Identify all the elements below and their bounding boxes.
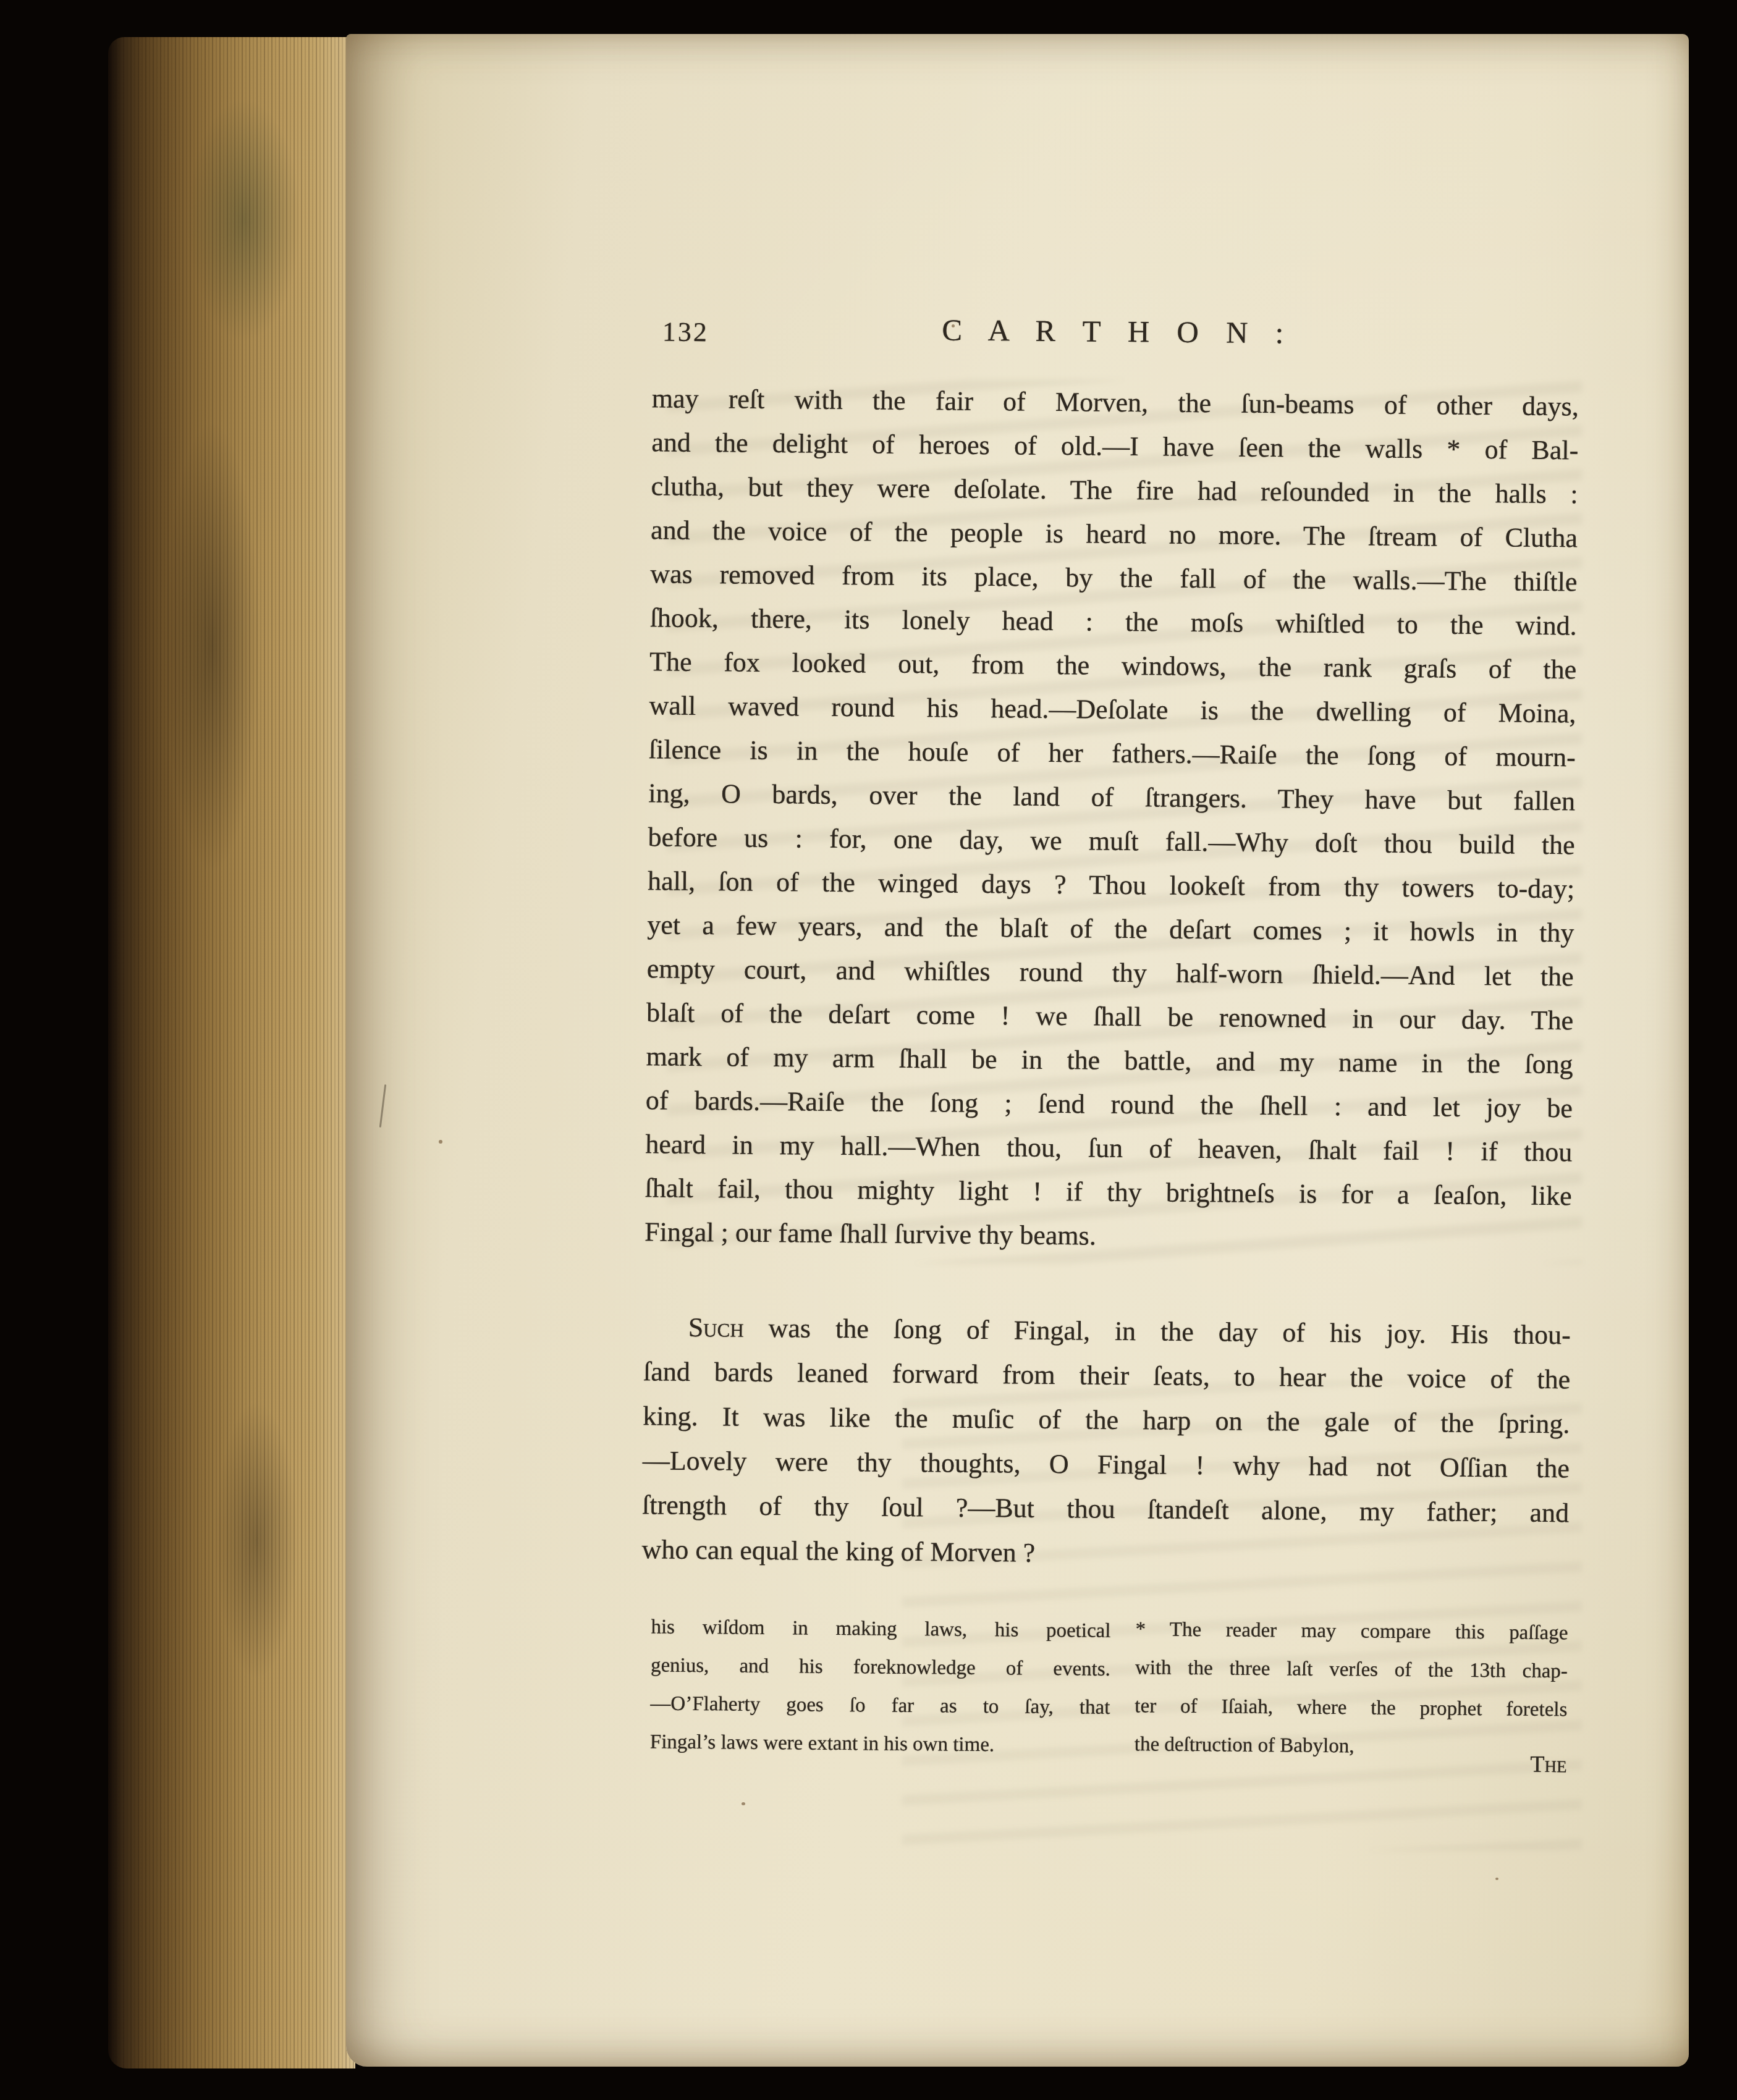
paragraph-line: ſhalt fail, thou mighty light ! if thy b…	[645, 1166, 1572, 1218]
book-page: 132 C A R T H O N : may reſt with the fa…	[346, 34, 1689, 2067]
paragraph-line: Such was the ſong of Fingal, in the day …	[643, 1305, 1571, 1357]
footnote-right-column: * The reader may compare this paſſagewit…	[1135, 1610, 1568, 1767]
printed-text-block: 132 C A R T H O N : may reſt with the fa…	[328, 34, 1689, 2078]
paragraph-line: and the delight of heroes of old.—I have…	[651, 420, 1579, 472]
footnote-line: with the three laſt verſes of the 13th c…	[1135, 1648, 1568, 1690]
paragraph-line: The fox looked out, from the windows, th…	[649, 639, 1577, 691]
footnote-line: genius, and his foreknowledge of events.	[651, 1646, 1111, 1688]
paragraph-line: empty court, and whiſtles round thy half…	[647, 947, 1574, 998]
body-paragraph-1: may reſt with the fair of Morven, the ſu…	[645, 376, 1579, 1262]
paragraph-line: ſilence is in the houſe of her fathers.—…	[649, 727, 1576, 779]
paragraph-line: ing, O bards, over the land of ſtrangers…	[648, 771, 1576, 823]
paragraph-2-remaining-lines: ſand bards leaned forward from their ſea…	[641, 1349, 1570, 1580]
paragraph-line: ſand bards leaned forward from their ſea…	[643, 1349, 1571, 1402]
paragraph-line: clutha, but they were deſolate. The fire…	[651, 464, 1578, 516]
paragraph-line: may reſt with the fair of Morven, the ſu…	[652, 376, 1579, 428]
footnote-line: ter of Iſaiah, where the prophet foretel…	[1135, 1687, 1568, 1729]
first-line-text: was the ſong of Fingal, in the day of hi…	[743, 1313, 1570, 1351]
body-paragraph-2: Such was the ſong of Fingal, in the day …	[641, 1305, 1571, 1580]
footnote-line: his wiſdom in making laws, his poetical	[651, 1608, 1111, 1650]
paragraph-line: mark of my arm ſhall be in the battle, a…	[646, 1034, 1573, 1086]
paragraph-line: who can equal the king of Morven ?	[641, 1527, 1569, 1580]
paragraph-line: and the voice of the people is heard no …	[651, 508, 1578, 560]
paragraph-line: —Lovely were thy thoughts, O Fingal ! wh…	[643, 1438, 1570, 1491]
footnote-left-column: his wiſdom in making laws, his poeticalg…	[650, 1608, 1111, 1765]
paragraph-line: ſhook, there, its lonely head : the moſs…	[649, 596, 1577, 647]
small-caps-lead-word: Such	[688, 1312, 744, 1343]
paragraph-line: hall, ſon of the winged days ? Thou look…	[648, 859, 1575, 911]
paragraph-line: Fingal ; our fame ſhall ſurvive thy beam…	[645, 1210, 1572, 1262]
paragraph-line: wall waved round his head.—Deſolate is t…	[649, 683, 1576, 735]
paragraph-line: ſtrength of thy ſoul ?—But thou ſtandeſt…	[642, 1483, 1570, 1535]
book-scan: 132 C A R T H O N : may reſt with the fa…	[0, 0, 1737, 2100]
paragraph-line: before us : for, one day, we muſt fall.—…	[648, 815, 1575, 867]
footnote-line: —O’Flaherty goes ſo far as to ſay, that	[650, 1684, 1110, 1726]
paragraph-line: king. It was like the muſic of the harp …	[643, 1394, 1570, 1446]
paragraph-line: was removed from its place, by the fall …	[650, 552, 1578, 604]
paragraph-line: heard in my hall.—When thou, ſun of heav…	[645, 1122, 1573, 1174]
running-title: C A R T H O N :	[653, 310, 1579, 353]
catchword-text: The	[1530, 1752, 1567, 1778]
book-spine-page-edges	[108, 37, 355, 2068]
paragraph-line: yet a few years, and the blaſt of the de…	[647, 903, 1574, 955]
paragraph-line: blaſt of the deſart come ! we ſhall be r…	[646, 990, 1574, 1042]
footnote-line: * The reader may compare this paſſage	[1135, 1610, 1568, 1652]
paragraph-line: of bards.—Raiſe the ſong ; ſend round th…	[646, 1078, 1573, 1130]
